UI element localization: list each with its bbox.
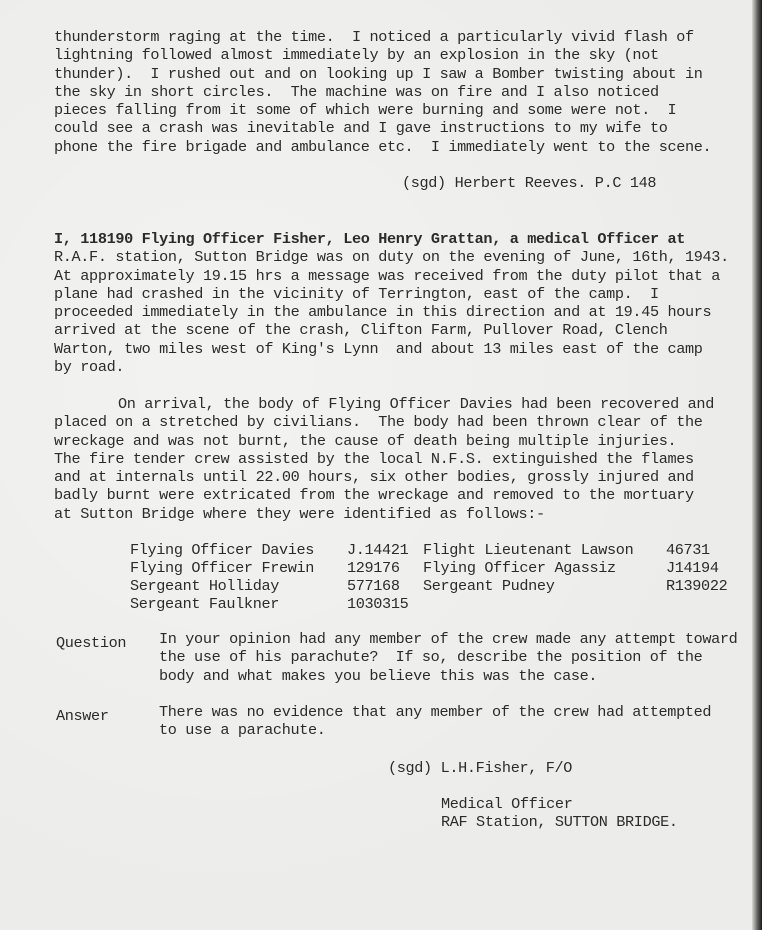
crew-name: Flying Officer Agassiz bbox=[423, 559, 616, 577]
text-line: In your opinion had any member of the cr… bbox=[159, 630, 737, 648]
fisher-paragraph-2: On arrival, the body of Flying Officer D… bbox=[54, 395, 714, 523]
text-line: phone the fire brigade and ambulance etc… bbox=[54, 138, 711, 156]
crew-number: 46731 bbox=[666, 541, 710, 559]
text-line: thunderstorm raging at the time. I notic… bbox=[54, 28, 711, 46]
crew-number: J14194 bbox=[666, 559, 719, 577]
page-edge-shadow bbox=[752, 0, 762, 930]
question-label: Question bbox=[56, 634, 126, 652]
text-line: There was no evidence that any member of… bbox=[159, 703, 711, 721]
text-line: the use of his parachute? If so, describ… bbox=[159, 648, 737, 666]
text-line: arrived at the scene of the crash, Clift… bbox=[54, 321, 729, 339]
text-line: plane had crashed in the vicinity of Ter… bbox=[54, 285, 729, 303]
fisher-signature: (sgd) L.H.Fisher, F/O bbox=[388, 759, 572, 777]
crew-number: 129176 bbox=[347, 559, 400, 577]
crew-number: J.14421 bbox=[347, 541, 408, 559]
crew-number: R139022 bbox=[666, 577, 727, 595]
text-line: On arrival, the body of Flying Officer D… bbox=[54, 395, 714, 413]
text-line: placed on a stretched by civilians. The … bbox=[54, 413, 714, 431]
text-line: pieces falling from it some of which wer… bbox=[54, 101, 711, 119]
crew-name: Sergeant Faulkner bbox=[130, 595, 279, 613]
text-line: Warton, two miles west of King's Lynn an… bbox=[54, 340, 729, 358]
text-line: I, 118190 Flying Officer Fisher, Leo Hen… bbox=[54, 230, 729, 248]
text-line: to use a parachute. bbox=[159, 721, 711, 739]
text-line: badly burnt were extricated from the wre… bbox=[54, 486, 714, 504]
fisher-title: Medical Officer RAF Station, SUTTON BRID… bbox=[441, 795, 678, 832]
text-line: proceeded immediately in the ambulance i… bbox=[54, 303, 729, 321]
crew-name: Flight Lieutenant Lawson bbox=[423, 541, 633, 559]
text-line: wreckage and was not burnt, the cause of… bbox=[54, 432, 714, 450]
document-page: thunderstorm raging at the time. I notic… bbox=[0, 0, 752, 930]
text-line: Medical Officer bbox=[441, 795, 678, 813]
question-text: In your opinion had any member of the cr… bbox=[159, 630, 737, 685]
crew-name: Sergeant Holliday bbox=[130, 577, 279, 595]
crew-name: Flying Officer Frewin bbox=[130, 559, 314, 577]
reeves-signature: (sgd) Herbert Reeves. P.C 148 bbox=[402, 174, 656, 192]
answer-text: There was no evidence that any member of… bbox=[159, 703, 711, 740]
crew-number: 577168 bbox=[347, 577, 400, 595]
text-line: and at internals until 22.00 hours, six … bbox=[54, 468, 714, 486]
crew-name: Flying Officer Davies bbox=[130, 541, 314, 559]
text-line: At approximately 19.15 hrs a message was… bbox=[54, 267, 729, 285]
text-line: R.A.F. station, Sutton Bridge was on dut… bbox=[54, 248, 729, 266]
text-line: the sky in short circles. The machine wa… bbox=[54, 83, 711, 101]
text-line: body and what makes you believe this was… bbox=[159, 667, 737, 685]
text-line: thunder). I rushed out and on looking up… bbox=[54, 65, 711, 83]
crew-name: Sergeant Pudney bbox=[423, 577, 554, 595]
text-line: by road. bbox=[54, 358, 729, 376]
crew-number: 1030315 bbox=[347, 595, 408, 613]
text-line: lightning followed almost immediately by… bbox=[54, 46, 711, 64]
fisher-paragraph-1: I, 118190 Flying Officer Fisher, Leo Hen… bbox=[54, 230, 729, 376]
text-line: at Sutton Bridge where they were identif… bbox=[54, 505, 714, 523]
answer-label: Answer bbox=[56, 707, 109, 725]
text-line: The fire tender crew assisted by the loc… bbox=[54, 450, 714, 468]
text-line: could see a crash was inevitable and I g… bbox=[54, 119, 711, 137]
text-line: RAF Station, SUTTON BRIDGE. bbox=[441, 813, 678, 831]
reeves-statement: thunderstorm raging at the time. I notic… bbox=[54, 28, 711, 156]
